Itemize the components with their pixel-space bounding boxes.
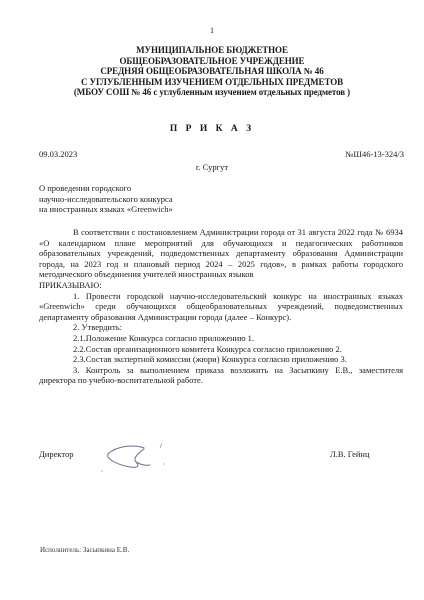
organization-header: МУНИЦИПАЛЬНОЕ БЮДЖЕТНОЕ ОБЩЕОБРАЗОВАТЕЛЬ…	[0, 45, 424, 98]
subject-line: на иностранных языках «Greenwich»	[39, 204, 173, 215]
header-line: СРЕДНЯЯ ОБЩЕОБРАЗОВАТЕЛЬНАЯ ШКОЛА № 46	[0, 66, 424, 77]
subject-line: О проведении городского	[39, 183, 173, 194]
document-body: В соответствии с постановлением Админист…	[39, 227, 403, 386]
document-subject: О проведении городского научно-исследова…	[39, 183, 173, 215]
order-item-2: 2. Утвердить:	[39, 322, 403, 333]
signatory-name: Л.В. Гейнц	[330, 449, 370, 459]
document-number: №Ш46-13-324/3	[345, 149, 404, 159]
header-line: МУНИЦИПАЛЬНОЕ БЮДЖЕТНОЕ	[0, 45, 424, 56]
document-date: 09.03.2023	[39, 149, 77, 159]
signatory-role: Директор	[39, 449, 74, 459]
order-item-2-2: 2.2.Состав организационного комитета Кон…	[39, 344, 403, 355]
header-line: ОБЩЕОБРАЗОВАТЕЛЬНОЕ УЧРЕЖДЕНИЕ	[0, 56, 424, 67]
order-item-2-3: 2.3.Состав экспертной комиссии (жюри) Ко…	[39, 354, 403, 365]
page-number: 1	[0, 26, 424, 35]
order-item-3: 3. Контроль за выполнением приказа возло…	[39, 365, 403, 386]
order-word: ПРИКАЗЫВАЮ:	[39, 280, 403, 291]
order-item-1: 1. Провести городской научно-исследовате…	[39, 291, 403, 323]
preamble-paragraph: В соответствии с постановлением Админист…	[39, 227, 403, 280]
header-line: (МБОУ СОШ № 46 с углубленным изучением о…	[0, 87, 424, 98]
executor-line: Исполнитель: Засыпкина Е.В.	[40, 546, 129, 554]
subject-line: научно-исследовательского конкурса	[39, 194, 173, 205]
order-item-2-1: 2.1.Положение Конкурса согласно приложен…	[39, 333, 403, 344]
handwritten-signature-icon	[100, 440, 175, 474]
document-city: г. Сургут	[0, 162, 424, 172]
header-line: С УГЛУБЛЕННЫМ ИЗУЧЕНИЕМ ОТДЕЛЬНЫХ ПРЕДМЕ…	[0, 77, 424, 88]
document-title: П Р И К А З	[0, 124, 424, 134]
